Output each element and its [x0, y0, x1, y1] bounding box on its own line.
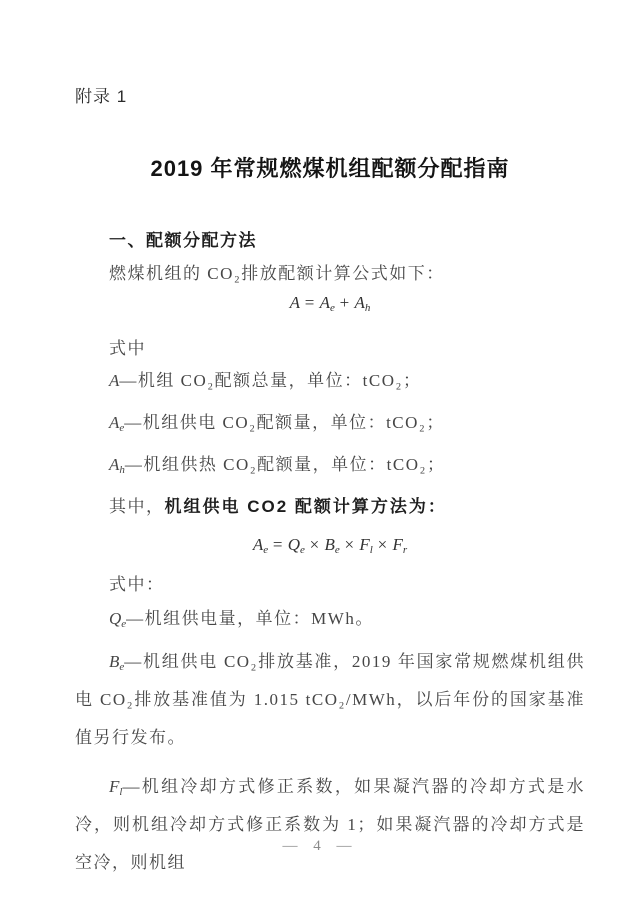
definition-emission-benchmark: Be—机组供电 CO₂排放基准，2019 年国家常规燃煤机组供电 CO₂排放基准… [75, 643, 585, 757]
definition-cooling-factor: Fl—机组冷却方式修正系数，如果凝汽器的冷却方式是水冷，则机组冷却方式修正系数为… [75, 768, 585, 882]
where-label-1: 式中 [75, 336, 585, 362]
definition-electricity-output: Qe—机组供电量，单位：MWh。 [75, 606, 585, 632]
document-page: 附录 1 2019 年常规燃煤机组配额分配指南 一、配额分配方法 燃煤机组的 C… [0, 84, 640, 882]
method-intro-line: 其中，机组供电 CO2 配额计算方法为： [75, 494, 585, 520]
page-number: — 4 — [0, 835, 640, 857]
definition-total-quota: A—机组 CO₂配额总量，单位：tCO₂； [75, 368, 585, 394]
method-intro-bold-text: 机组供电 CO2 配额计算方法为： [165, 497, 447, 516]
definition-heat-quota: Ah—机组供热 CO₂配额量，单位：tCO₂； [75, 452, 585, 478]
section-heading: 一、配额分配方法 [75, 228, 585, 254]
intro-paragraph: 燃煤机组的 CO₂排放配额计算公式如下： [75, 261, 585, 287]
where-label-2: 式中： [75, 572, 585, 598]
definition-electricity-quota: Ae—机组供电 CO₂配额量，单位：tCO₂； [75, 410, 585, 436]
formula-total-quota: A = Ae + Ah [75, 290, 585, 316]
formula-electricity-quota: Ae = Qe × Be × Fl × Fr [75, 532, 585, 558]
appendix-label: 附录 1 [75, 84, 585, 110]
method-intro-normal-text: 其中， [109, 497, 165, 516]
document-title: 2019 年常规燃煤机组配额分配指南 [75, 154, 585, 184]
